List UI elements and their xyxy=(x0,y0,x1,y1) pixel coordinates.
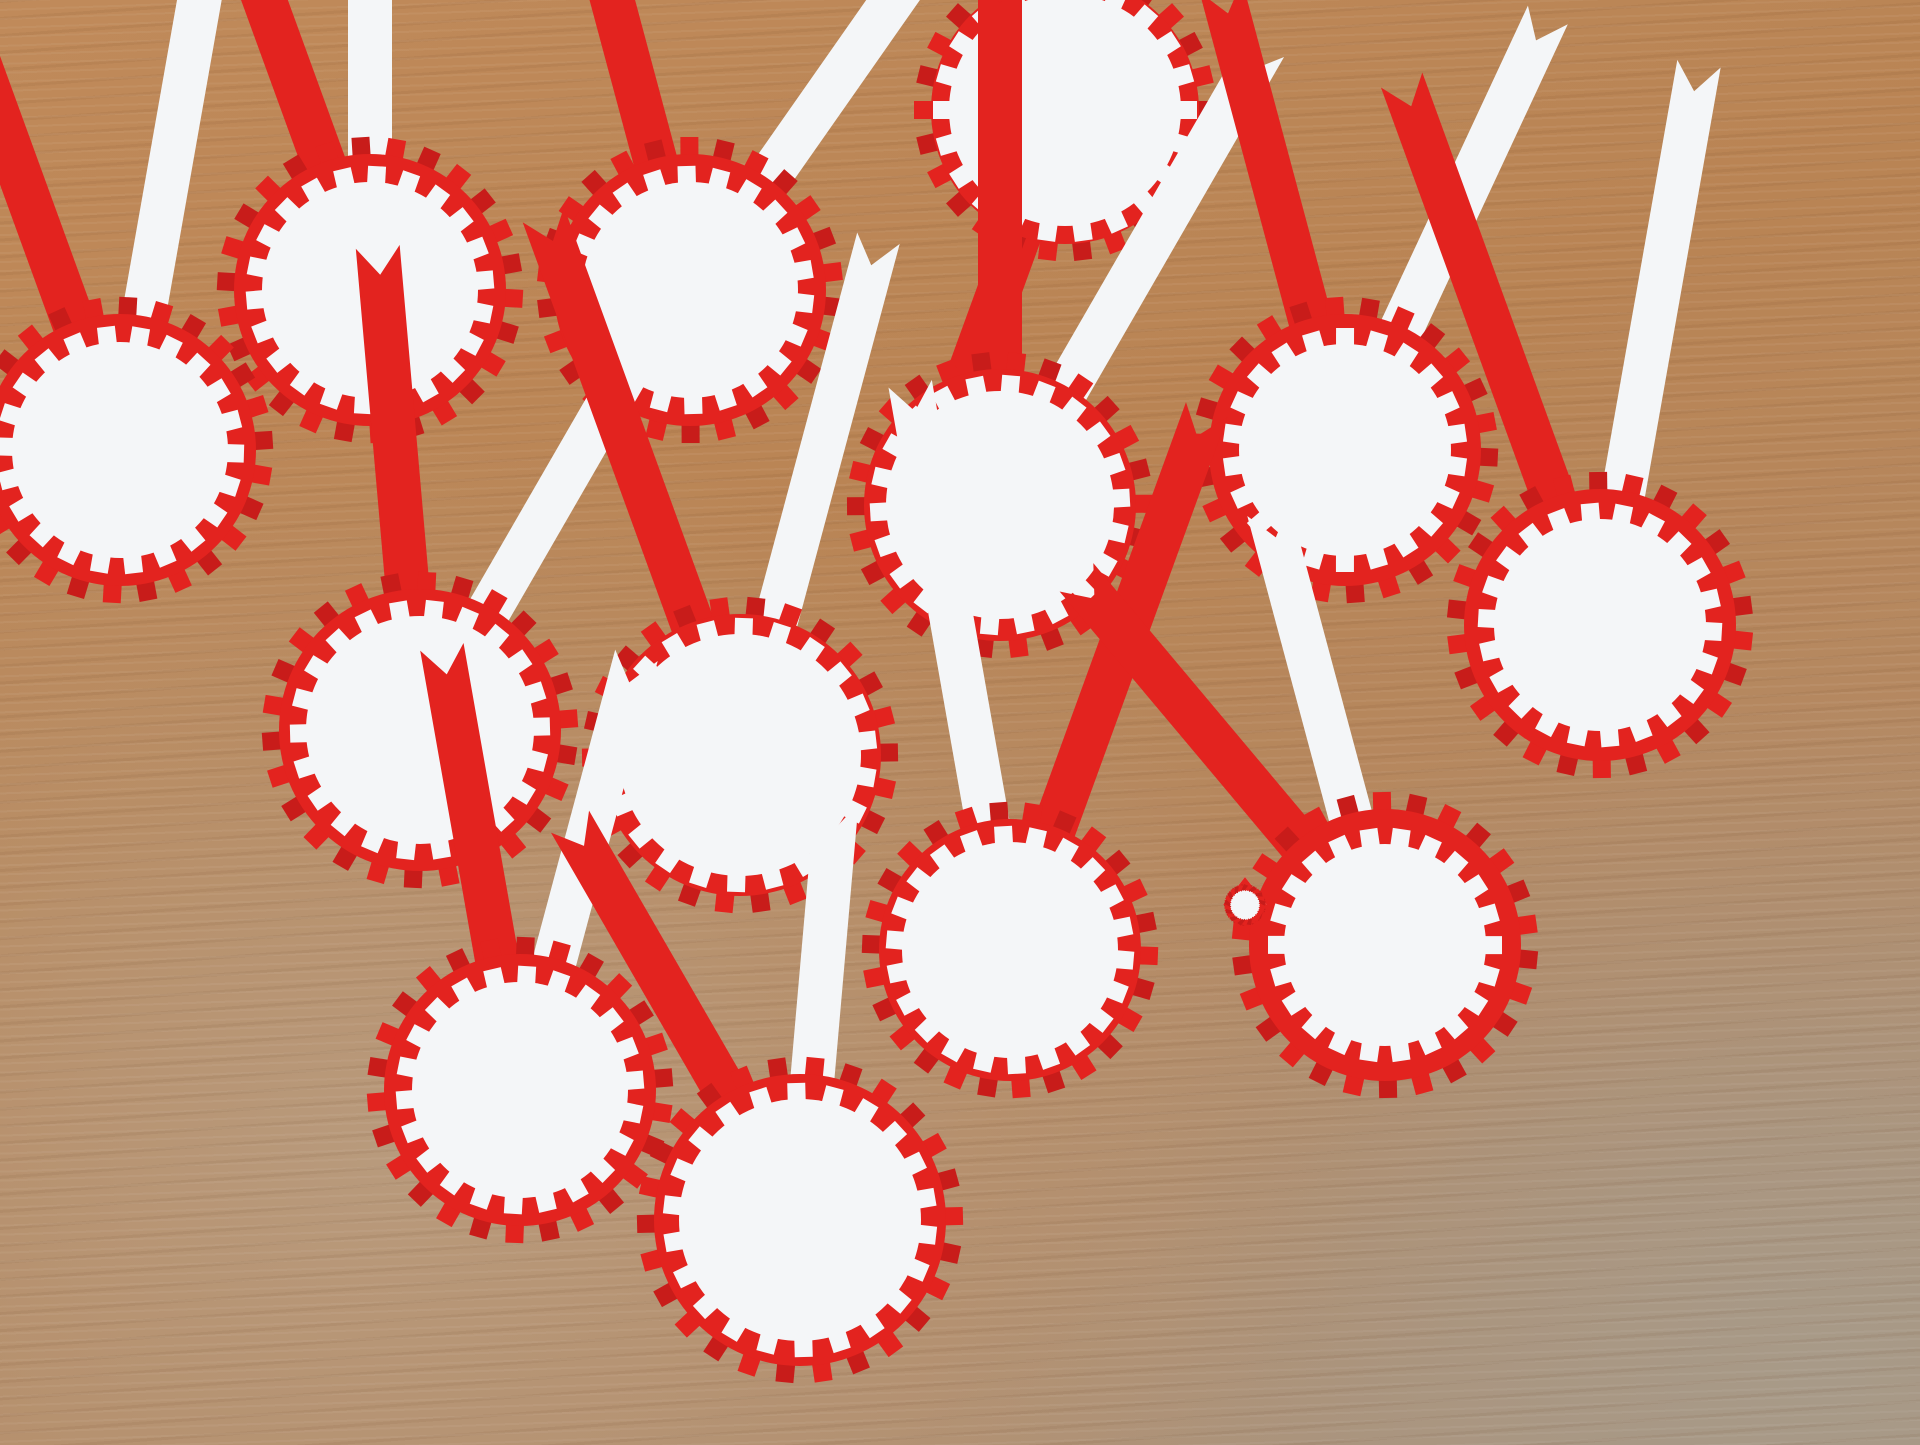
white-paper-disc xyxy=(1239,344,1451,556)
white-paper-disc xyxy=(306,616,534,844)
white-paper-disc xyxy=(679,1099,921,1341)
white-paper-disc xyxy=(412,982,628,1198)
paper-rosette xyxy=(0,0,273,603)
white-paper-disc xyxy=(1284,844,1486,1046)
rosettes-group xyxy=(0,0,1920,1445)
white-paper-disc xyxy=(12,342,228,558)
white-paper-disc xyxy=(1494,519,1706,731)
paper-rosette xyxy=(1192,0,1568,603)
paper-rosette xyxy=(1223,877,1267,926)
white-paper-disc xyxy=(902,842,1118,1058)
wooden-table-photo xyxy=(0,0,1920,1445)
